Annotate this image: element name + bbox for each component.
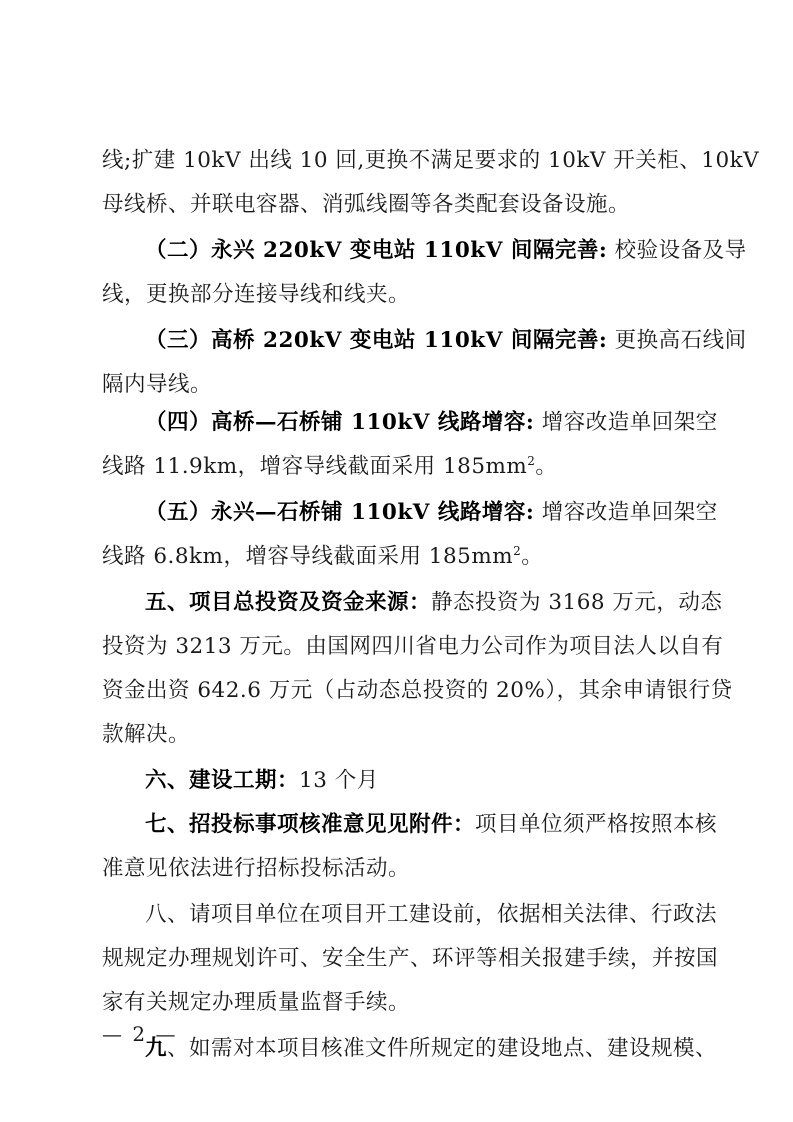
superscript: 2 [513, 544, 521, 558]
text-line: 线;扩建 10kV 出线 10 回,更换不满足要求的 10kV 开关柜、10kV [102, 146, 692, 176]
body-text: 家有关规定办理质量监督手续。 [102, 990, 410, 1015]
body-text: 13 个月 [299, 768, 379, 793]
body-text: 八、请项目单位在项目开工建设前，依据相关法律、行政法 [145, 902, 717, 927]
text-line: 五、项目总投资及资金来源：静态投资为 3168 万元，动态 [102, 588, 735, 618]
text-line: （五）永兴—石桥铺 110kV 线路增容: 增容改造单回架空 [102, 498, 735, 528]
text-line: （二）永兴 220kV 变电站 110kV 间隔完善: 校验设备及导 [102, 236, 735, 266]
text-line: （四）高桥—石桥铺 110kV 线路增容: 增容改造单回架空 [102, 408, 735, 438]
body-text: 隔内导线。 [102, 372, 212, 397]
text-line: 八、请项目单位在项目开工建设前，依据相关法律、行政法 [102, 900, 735, 930]
heading-text: 六、建设工期： [145, 768, 299, 793]
body-text: 校验设备及导 [607, 238, 746, 263]
body-text: 、如需对本项目核准文件所规定的建设地点、建设规模、 [167, 1036, 717, 1061]
body-text: 静态投资为 3168 万元，动态 [431, 590, 722, 615]
body-text: 。 [535, 454, 557, 479]
body-text: 规规定办理规划许可、安全生产、环评等相关报建手续，并按国 [102, 946, 718, 971]
body-text: 。 [521, 544, 543, 569]
text-line: 六、建设工期：13 个月 [102, 766, 735, 796]
text-line: 规规定办理规划许可、安全生产、环评等相关报建手续，并按国 [102, 944, 692, 974]
body-text: 增容改造单回架空 [534, 410, 717, 435]
body-text: 款解决。 [102, 722, 190, 747]
heading-text: （二）永兴 220kV 变电站 110kV 间隔完善: [145, 238, 607, 263]
text-line: 九、如需对本项目核准文件所规定的建设地点、建设规模、 [102, 1034, 735, 1064]
body-text: 线;扩建 10kV 出线 10 回,更换不满足要求的 10kV 开关柜、10kV [102, 148, 759, 173]
page-number: — 2 — [102, 1022, 177, 1046]
heading-text: （五）永兴—石桥铺 110kV 线路增容: [145, 500, 534, 525]
body-text: 项目单位须严格按照本核 [475, 812, 717, 837]
text-line: 款解决。 [102, 720, 692, 750]
text-line: 准意见依法进行招标投标活动。 [102, 854, 692, 884]
text-line: 投资为 3213 万元。由国网四川省电力公司作为项目法人以自有 [102, 632, 692, 662]
heading-text: 七、招投标事项核准意见见附件： [145, 812, 475, 837]
text-line: 线路 11.9km，增容导线截面采用 185mm2。 [102, 452, 692, 482]
body-text: 母线桥、并联电容器、消弧线圈等各类配套设备设施。 [102, 192, 630, 217]
body-text: 投资为 3213 万元。由国网四川省电力公司作为项目法人以自有 [102, 634, 723, 659]
body-text: 资金出资 642.6 万元（占动态总投资的 20%），其余申请银行贷 [102, 678, 733, 703]
heading-text: （四）高桥—石桥铺 110kV 线路增容: [145, 410, 534, 435]
text-line: 资金出资 642.6 万元（占动态总投资的 20%），其余申请银行贷 [102, 676, 692, 706]
text-line: 母线桥、并联电容器、消弧线圈等各类配套设备设施。 [102, 190, 692, 220]
text-line: （三）高桥 220kV 变电站 110kV 间隔完善: 更换高石线间 [102, 326, 735, 356]
text-line: 线，更换部分连接导线和线夹。 [102, 280, 692, 310]
text-line: 七、招投标事项核准意见见附件：项目单位须严格按照本核 [102, 810, 735, 840]
body-text: 准意见依法进行招标投标活动。 [102, 856, 410, 881]
text-line: 家有关规定办理质量监督手续。 [102, 988, 692, 1018]
text-line: 线路 6.8km，增容导线截面采用 185mm2。 [102, 542, 692, 572]
body-text: 更换高石线间 [607, 328, 746, 353]
heading-text: 五、项目总投资及资金来源： [145, 590, 431, 615]
body-text: 线，更换部分连接导线和线夹。 [102, 282, 410, 307]
heading-text: （三）高桥 220kV 变电站 110kV 间隔完善: [145, 328, 607, 353]
body-text: 线路 6.8km，增容导线截面采用 185mm [102, 544, 513, 569]
body-text: 线路 11.9km，增容导线截面采用 185mm [102, 454, 527, 479]
body-text: 增容改造单回架空 [534, 500, 717, 525]
text-line: 隔内导线。 [102, 370, 692, 400]
